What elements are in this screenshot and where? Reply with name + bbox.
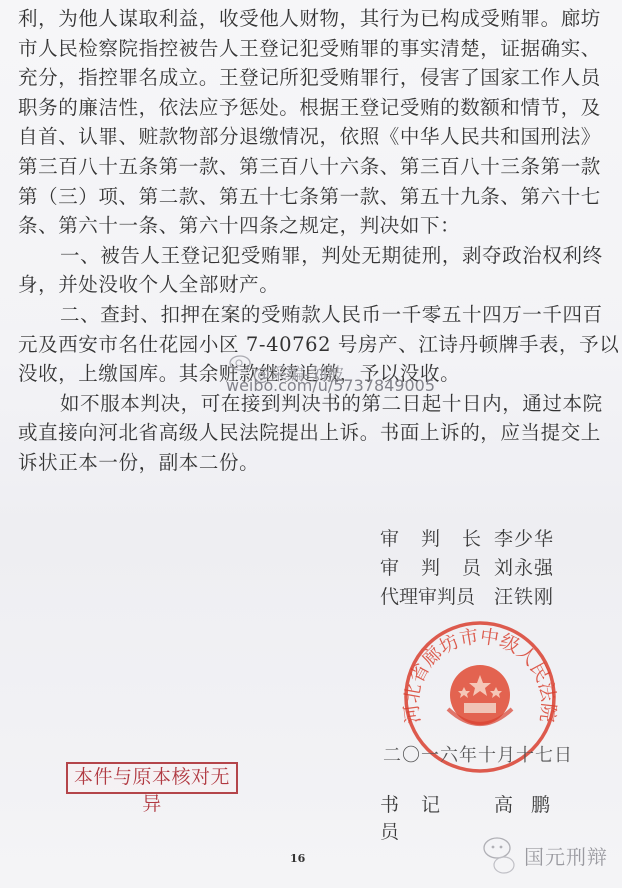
- wechat-logo-icon: [480, 835, 518, 875]
- judgment-body: 利，为他人谋取利益，收受他人财物，其行为已构成受贿罪。廊坊 市人民检察院指控被告…: [18, 4, 608, 478]
- clerk-role: 书记员: [380, 790, 494, 844]
- signature-name: 刘永强: [494, 554, 554, 583]
- body-line: 充分，指控罪名成立。王登记所犯受贿罪行，侵害了国家工作人员: [18, 63, 608, 93]
- verdict-item-1: 一、被告人王登记犯受贿罪，判处无期徒刑，剥夺政治权利终: [18, 241, 608, 271]
- signature-name: 汪铁刚: [494, 583, 554, 612]
- body-line: 职务的廉洁性，依法应予惩处。根据王登记受贿的数额和情节，及: [18, 93, 608, 123]
- body-line: 第（三）项、第二款、第五十七条第一款、第五十九条、第六十七: [18, 182, 608, 212]
- body-line: 第三百八十五条第一款、第三百八十六条、第三百八十三条第一款: [18, 152, 608, 182]
- body-line: 自首、认罪、赃款物部分退缴情况，依照《中华人民共和国刑法》: [18, 122, 608, 152]
- signature-role: 审判员: [380, 554, 494, 583]
- appeal-notice-cont: 诉状正本一份，副本二份。: [18, 448, 608, 478]
- document-page: 利，为他人谋取利益，收受他人财物，其行为已构成受贿罪。廊坊 市人民检察院指控被告…: [0, 0, 622, 888]
- verdict-item-2: 二、查封、扣押在案的受贿款人民币一千零五十四万一千四百: [18, 300, 608, 330]
- signature-row: 代理审判员 汪铁刚: [380, 583, 554, 612]
- weibo-logo-icon: [228, 350, 252, 372]
- account-watermark: 国元刑辩: [480, 835, 608, 875]
- signature-block: 审判长 李少华 审判员 刘永强 代理审判员 汪铁刚: [380, 525, 554, 612]
- signature-row: 审判员 刘永强: [380, 554, 554, 583]
- appeal-notice-cont: 或直接向河北省高级人民法院提出上诉。书面上诉的，应当提交上: [18, 418, 608, 448]
- judgment-date: 二〇一六年十月十七日: [383, 741, 573, 767]
- account-name: 国元刑辩: [524, 841, 608, 870]
- certification-stamp: 本件与原本核对无异: [66, 762, 238, 794]
- signature-role: 代理审判员: [380, 583, 494, 612]
- page-number: 16: [290, 852, 305, 865]
- verdict-item-2-cont: 元及西安市名仕花园小区 7-40762 号房产、江诗丹顿牌手表，予以: [18, 330, 608, 360]
- body-line: 市人民检察院指控被告人王登记犯受贿罪的事实清楚，证据确实、: [18, 34, 608, 64]
- weibo-url: weibo.com/u/5737849005: [226, 376, 435, 395]
- signature-row: 审判长 李少华: [380, 525, 554, 554]
- verdict-item-1-cont: 身，并处没收个人全部财产。: [18, 270, 608, 300]
- signature-role: 审判长: [380, 525, 494, 554]
- body-line: 利，为他人谋取利益，收受他人财物，其行为已构成受贿罪。廊坊: [18, 4, 608, 34]
- signature-name: 李少华: [494, 525, 554, 554]
- body-line: 条、第六十一条、第六十四条之规定，判决如下：: [18, 211, 608, 241]
